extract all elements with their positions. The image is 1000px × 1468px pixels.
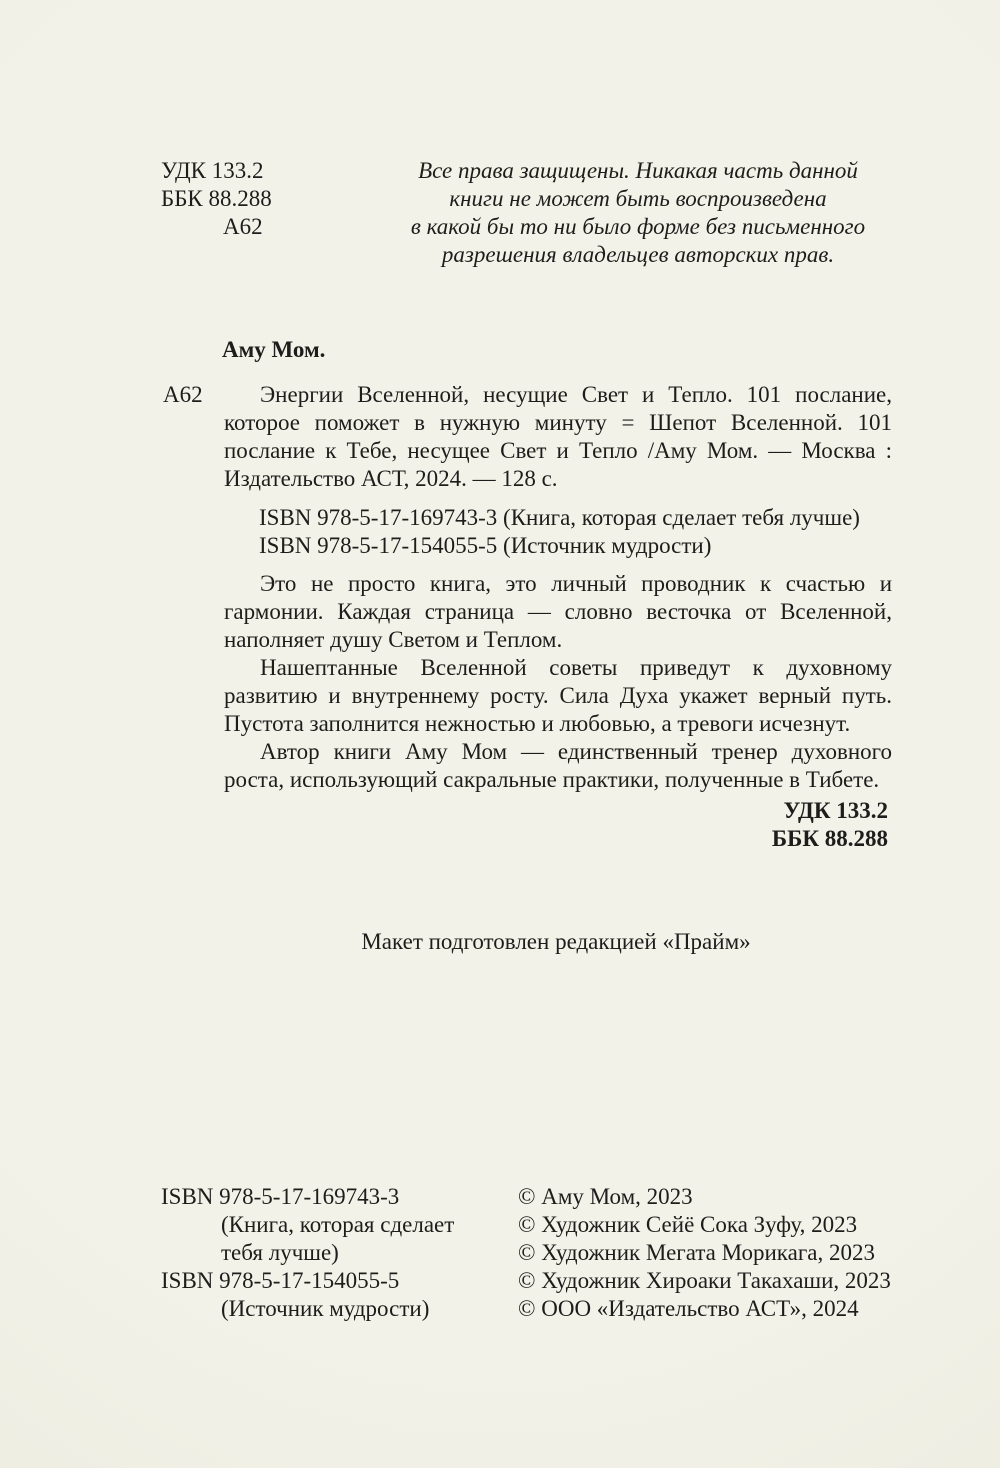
- isbn-line: ISBN 978-5-17-154055-5 (Источник мудрост…: [259, 532, 860, 560]
- copyright-line: © ООО «Издательство АСТ», 2024: [518, 1295, 891, 1323]
- catalog-code: А62: [163, 381, 203, 409]
- copyright-line: © Художник Хироаки Такахаши, 2023: [518, 1267, 891, 1295]
- footer-isbn-line: ISBN 978-5-17-169743-3: [161, 1183, 454, 1211]
- udk-bottom-block: УДК 133.2 ББК 88.288: [772, 797, 888, 853]
- udk-number: УДК 133.2: [161, 157, 272, 185]
- footer-isbn-line: (Книга, которая сделает: [161, 1211, 454, 1239]
- bbk-number: ББК 88.288: [161, 185, 272, 213]
- maket-note: Макет подготовлен редакцией «Прайм»: [222, 928, 890, 956]
- catalog-entry: Энергии Вселенной, несущие Свет и Тепло.…: [224, 381, 892, 493]
- author-sign-code: А62: [161, 213, 272, 241]
- footer-isbn-line: тебя лучше): [161, 1239, 454, 1267]
- footer-isbn-block: ISBN 978-5-17-169743-3 (Книга, которая с…: [161, 1183, 454, 1323]
- rights-notice-line: в какой бы то ни было форме без письменн…: [368, 213, 908, 241]
- rights-notice-line: разрешения владельцев авторских прав.: [368, 241, 908, 269]
- rights-notice-line: книги не может быть воспроизведена: [368, 185, 908, 213]
- copyright-line: © Аму Мом, 2023: [518, 1183, 891, 1211]
- rights-notice-line: Все права защищены. Никакая часть данной: [368, 157, 908, 185]
- annotation-paragraph: Нашептанные Вселенной советы приведут к …: [224, 654, 892, 738]
- footer-copyright-block: © Аму Мом, 2023 © Художник Сейё Сока Зуф…: [518, 1183, 891, 1323]
- annotation-paragraph: Это не просто книга, это личный проводни…: [224, 570, 892, 654]
- bbk-number-bottom: ББК 88.288: [772, 825, 888, 853]
- udk-number-bottom: УДК 133.2: [772, 797, 888, 825]
- copyright-page: УДК 133.2 ББК 88.288 А62 Все права защищ…: [0, 0, 1000, 1468]
- udk-top-block: УДК 133.2 ББК 88.288 А62: [161, 157, 272, 241]
- copyright-line: © Художник Мегата Морикага, 2023: [518, 1239, 891, 1267]
- copyright-line: © Художник Сейё Сока Зуфу, 2023: [518, 1211, 891, 1239]
- annotation-paragraph: Автор книги Аму Мом — единственный трене…: [224, 738, 892, 794]
- footer-isbn-line: (Источник мудрости): [161, 1295, 454, 1323]
- author-name: Аму Мом.: [222, 336, 325, 364]
- isbn-line: ISBN 978-5-17-169743-3 (Книга, которая с…: [259, 504, 860, 532]
- isbn-block: ISBN 978-5-17-169743-3 (Книга, которая с…: [259, 504, 860, 560]
- footer-isbn-line: ISBN 978-5-17-154055-5: [161, 1267, 454, 1295]
- rights-notice: Все права защищены. Никакая часть данной…: [368, 157, 908, 269]
- annotation: Это не просто книга, это личный проводни…: [224, 570, 892, 794]
